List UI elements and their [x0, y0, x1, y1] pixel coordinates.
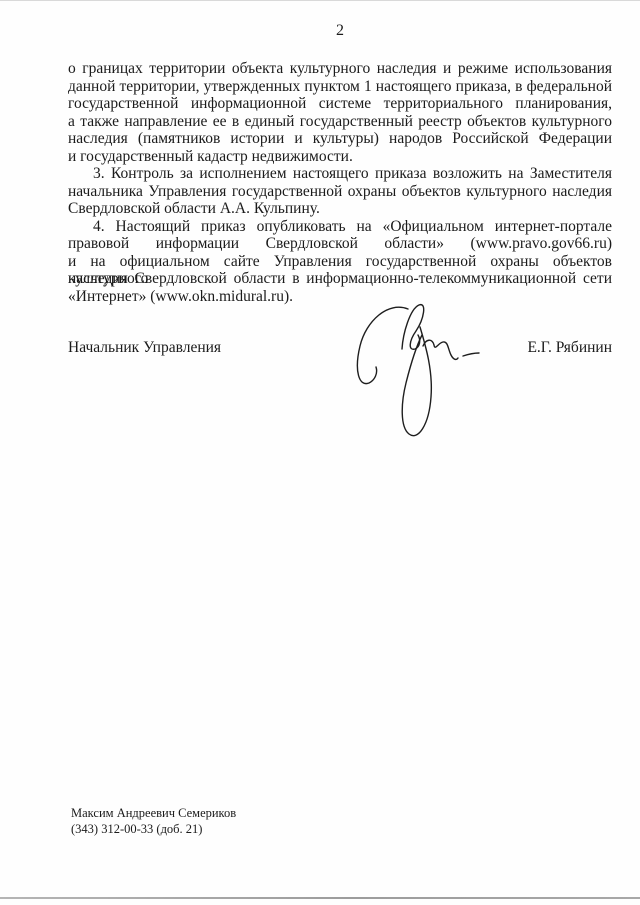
handwritten-signature-icon [350, 299, 485, 441]
document-page: 2 о границах территории объекта культурн… [0, 0, 640, 905]
body-line: государственной информационной системе т… [68, 95, 612, 113]
body-line: «Интернет» (www.okn.midural.ru). [68, 288, 612, 306]
page-number: 2 [68, 22, 612, 40]
body-line: наследия (памятников истории и культуры)… [68, 130, 612, 148]
body-line: а также направление ее в единый государс… [68, 113, 612, 131]
body-line: о границах территории объекта культурног… [68, 60, 612, 78]
contact-footer: Максим Андреевич Семериков (343) 312-00-… [71, 805, 236, 837]
body-line: Свердловской области А.А. Кульпину. [68, 200, 612, 218]
body-line: правовой информации Свердловской области… [68, 235, 612, 253]
signatory-name: Е.Г. Рябинин [527, 338, 612, 358]
body-line: начальника Управления государственной ох… [68, 183, 612, 201]
contact-phone: (343) 312-00-33 (доб. 21) [71, 821, 236, 837]
signatory-position: Начальник Управления [68, 338, 221, 358]
body-line: 4. Настоящий приказ опубликовать на «Офи… [68, 218, 612, 236]
body-line: наследия Свердловской области в информац… [68, 270, 612, 288]
document-body: о границах территории объекта культурног… [68, 60, 612, 305]
contact-name: Максим Андреевич Семериков [71, 805, 236, 821]
body-line: 3. Контроль за исполнением настоящего пр… [68, 165, 612, 183]
body-line: и государственный кадастр недвижимости. [68, 148, 612, 166]
scan-edge-bottom-line [0, 897, 640, 899]
body-line: и на официальном сайте Управления госуда… [68, 253, 612, 271]
signature-block: Начальник Управления Е.Г. Рябинин [68, 338, 612, 358]
body-line: данной территории, утвержденных пунктом … [68, 78, 612, 96]
scan-edge-top-line [0, 0, 640, 1]
